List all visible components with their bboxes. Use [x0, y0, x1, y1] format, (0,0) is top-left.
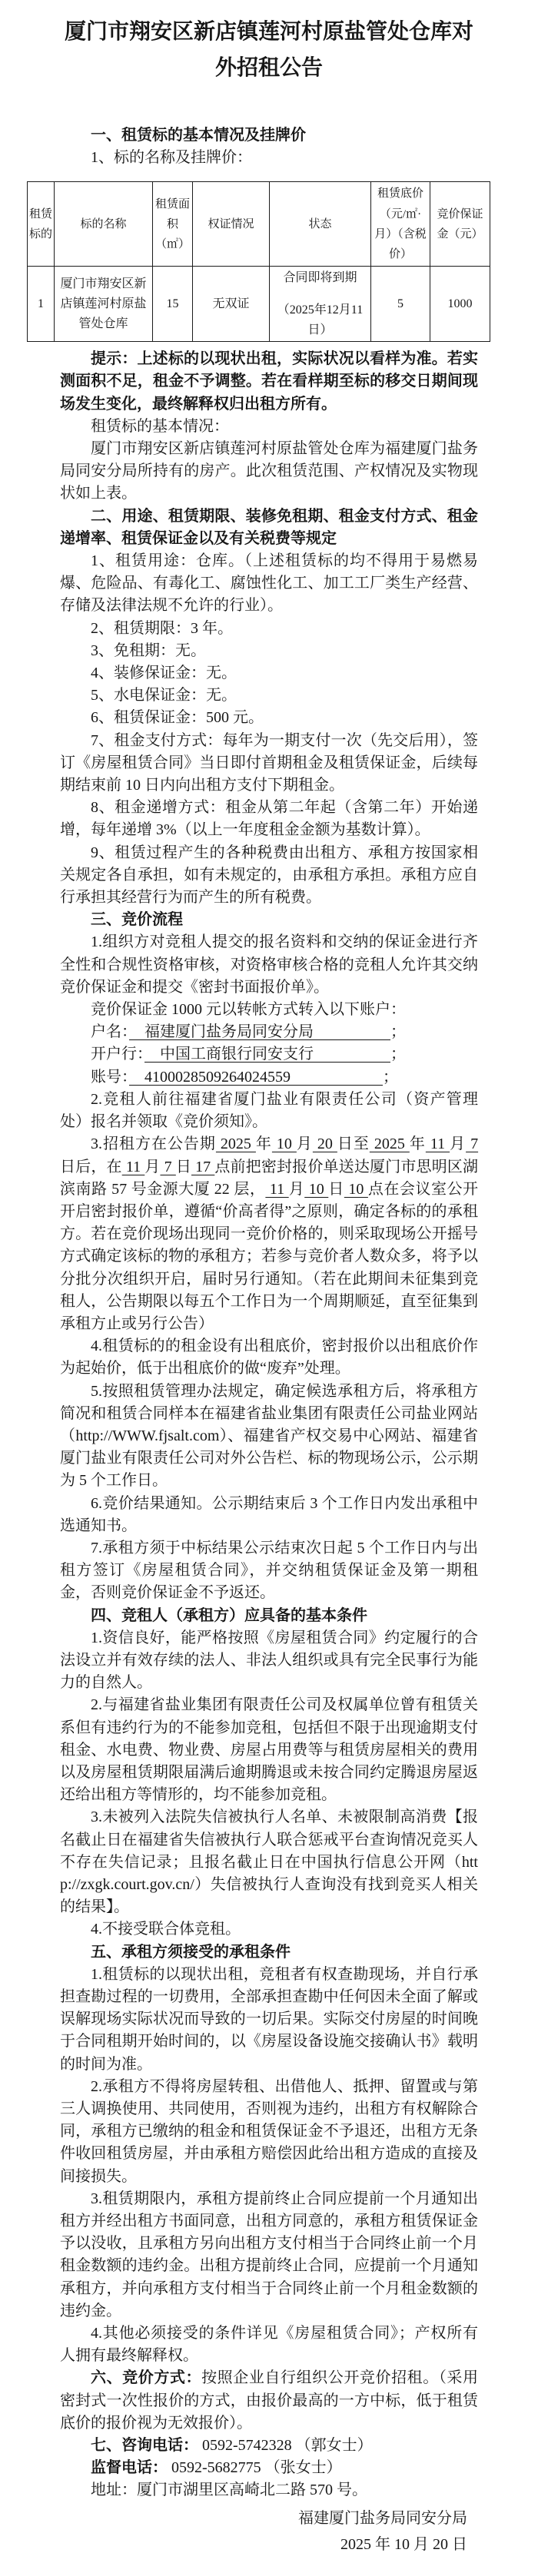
- paragraph: 7.承租方须于中标结果公示结束次日起 5 个工作日内与出租方签订《房屋租赁合同》…: [60, 1537, 478, 1605]
- paragraph: 租赁标的基本情况：: [60, 416, 478, 438]
- paragraph: 1.租赁标的以现状出租，竞租者有权查勘现场，并自行承担查勘过程的一切费用，全部承…: [60, 1964, 478, 2076]
- paragraph: 二、用途、租赁期限、装修免租期、租金支付方式、租金递增率、租赁保证金以及有关税费…: [60, 506, 478, 550]
- text: 4.其他必须接受的条件详见《房屋租赁合同》；产权所有人拥有最终解释权。: [60, 2325, 478, 2364]
- underlined-text: 2025: [216, 1135, 256, 1152]
- paragraph: 8、租金递增方式：租金从第二年起（含第二年）开始递增，每年递增 3%（以上一年度…: [60, 797, 478, 841]
- cell-name: 厦门市翔安区新店镇莲河村原盐管处仓库: [55, 267, 153, 342]
- table-row: 1 厦门市翔安区新店镇莲河村原盐管处仓库 15 无双证 合同即将到期 （2025…: [28, 267, 490, 342]
- paragraph: 1、租赁用途：仓库。（上述租赁标的均不得用于易燃易爆、危险品、有毒化工、腐蚀性化…: [60, 550, 478, 618]
- cell-base-price: 5: [371, 267, 430, 342]
- col-header-base-price: 租赁底价（元/㎡·月）（含税价）: [371, 182, 430, 267]
- paragraph: 4.租赁标的的租金设有出租底价，密封报价以出租底价作为起始价，低于出租底价的做“…: [60, 1335, 478, 1380]
- paragraph: 3、免租期：无。: [60, 640, 478, 662]
- text: 月: [289, 1181, 305, 1198]
- text: ；: [383, 1069, 398, 1086]
- col-header-status: 状态: [270, 182, 371, 267]
- paragraph: 7、租金支付方式：每年为一期支付一次（先交后用），签订《房屋租赁合同》当日即付首…: [60, 730, 478, 797]
- text: 3、免租期：无。: [91, 642, 206, 659]
- paragraph: 2.与福建省盐业集团有限责任公司及权属单位曾有租赁关系但有违约行为的不能参加竞租…: [60, 1694, 478, 1806]
- underlined-text: 17: [191, 1159, 214, 1175]
- signature-org: 福建厦门盐务局同安分局: [60, 2505, 478, 2531]
- bold-text: 二、用途、租赁期限、装修免租期、租金支付方式、租金递增率、租赁保证金以及有关税费…: [60, 508, 478, 547]
- underlined-text: 10: [304, 1181, 328, 1198]
- bold-text: 一、租赁标的基本情况及挂牌价: [91, 127, 306, 144]
- bold-text: 五、承租方须接受的承租条件: [91, 1944, 291, 1961]
- text: 租赁标的基本情况：: [91, 418, 229, 435]
- text: 年: [410, 1135, 426, 1152]
- text: 0592-5742328 （郭女士）: [198, 2437, 373, 2454]
- underlined-text: 20: [313, 1135, 337, 1152]
- bold-text: 四、竞租人（承租方）应具备的基本条件: [91, 1607, 367, 1624]
- paragraph: 4.不接受联合体竞租。: [60, 1918, 478, 1941]
- underlined-text: 4100028509264024559: [129, 1069, 383, 1086]
- text: 1.组织方对竞租人提交的报名资料和交纳的保证金进行齐全性和合规性资格审核，对资格…: [60, 933, 478, 995]
- text: 3.租赁期限内，承租方提前终止合同应提前一个月通知出租方并经出租方书面同意，出租…: [60, 2190, 478, 2319]
- paragraph: 账号： 4100028509264024559 ；: [60, 1066, 478, 1089]
- paragraph: 厦门市翔安区新店镇莲河村原盐管处仓库为福建厦门盐务局同安分局所持有的房产。此次租…: [60, 438, 478, 506]
- text: 日至: [337, 1135, 370, 1152]
- cell-cert: 无双证: [193, 267, 270, 342]
- underlined-text: 10: [272, 1135, 297, 1152]
- table-header-row: 租赁标的 标的名称 租赁面积（㎡） 权证情况 状态 租赁底价（元/㎡·月）（含税…: [28, 182, 490, 267]
- col-header-deposit: 竞价保证金（元）: [430, 182, 490, 267]
- paragraph: 地址：厦门市湖里区高崎北二路 570 号。: [60, 2479, 478, 2501]
- text: 3.招租方在公告期: [91, 1135, 216, 1152]
- text: 地址：厦门市湖里区高崎北二路 570 号。: [91, 2482, 367, 2498]
- text: 8、租金递增方式：租金从第二年起（含第二年）开始递增，每年递增 3%（以上一年度…: [60, 799, 478, 838]
- paragraph: 2.竞租人前往福建省厦门盐业有限责任公司（资产管理处）报名并领取《竞价须知》。: [60, 1089, 478, 1133]
- text: 户名：: [91, 1023, 129, 1040]
- text: 2025 年 10 月 20 日: [340, 2536, 467, 2553]
- paragraph: 七、咨询电话： 0592-5742328 （郭女士）: [60, 2435, 478, 2457]
- col-header-name: 标的名称: [55, 182, 153, 267]
- text: 福建厦门盐务局同安分局: [298, 2510, 467, 2527]
- bold-text: 三、竞价流程: [91, 911, 183, 928]
- text: 日后，在: [60, 1159, 122, 1175]
- text: 月: [450, 1135, 466, 1152]
- section-heading-one: 一、租赁标的基本情况及挂牌价: [60, 124, 478, 147]
- paragraph: 4、装修保证金：无。: [60, 662, 478, 685]
- paragraph: 六、竞价方式：按照企业自行组织公开竞价招租。（采用密封式一次性报价的方式，由报价…: [60, 2367, 478, 2435]
- paragraph: 开户行： 中国工商银行同安支行 ；: [60, 1043, 478, 1066]
- paragraph: 四、竞租人（承租方）应具备的基本条件: [60, 1605, 478, 1627]
- bold-text: 监督电话：: [91, 2459, 168, 2476]
- paragraph: 6.竞价结果通知。公示期结束后 3 个工作日内发出承租中选通知书。: [60, 1493, 478, 1537]
- document-title: 厦门市翔安区新店镇莲河村原盐管处仓库对外招租公告: [60, 14, 478, 86]
- text: 点在会议室公开开启密封报价单，遵循“价高者得”之原则，确定各标的的承租方。若在竞…: [60, 1181, 478, 1332]
- status-line-1: 合同即将到期: [271, 268, 369, 288]
- status-line-2: （2025年12月11日）: [271, 300, 369, 340]
- text: 3.未被列入法院失信被执行人名单、未被限制高消费【报名截止日在福建省失信被执行人…: [60, 1809, 478, 1915]
- text: 1.资信良好，能严格按照《房屋租赁合同》约定履行的合法设立并有效存续的法人、非法…: [60, 1629, 478, 1691]
- text: 2.与福建省盐业集团有限责任公司及权属单位曾有租赁关系但有违约行为的不能参加竞租…: [60, 1696, 478, 1803]
- text: 1、标的名称及挂牌价：: [91, 149, 252, 166]
- paragraph: 2、租赁期限：3 年。: [60, 618, 478, 640]
- paragraph: 1.组织方对竞租人提交的报名资料和交纳的保证金进行齐全性和合规性资格审核，对资格…: [60, 931, 478, 999]
- text: 开户行：: [91, 1046, 144, 1063]
- text: 月: [297, 1135, 313, 1152]
- underlined-text: 7: [160, 1159, 175, 1175]
- bold-text: 六、竞价方式：: [91, 2369, 201, 2386]
- paragraph: 9、租赁过程产生的各种税费由出租方、承租方按国家相关规定各自承担，如有未规定的，…: [60, 842, 478, 910]
- paragraph: 2.承租方不得将房屋转租、出借他人、抵押、留置或与第三人调换使用、共同使用，否则…: [60, 2076, 478, 2188]
- underlined-text: 2025: [370, 1135, 410, 1152]
- underlined-text: 福建厦门盐务局同安分局: [129, 1023, 390, 1040]
- document-body: 提示：上述标的以现状出租，实际状况以看样为准。若实测面积不足，租金不予调整。若在…: [60, 348, 478, 2558]
- item-heading-listing: 1、标的名称及挂牌价：: [60, 147, 478, 169]
- text: ；: [390, 1046, 406, 1063]
- paragraph: 1.资信良好，能严格按照《房屋租赁合同》约定履行的合法设立并有效存续的法人、非法…: [60, 1627, 478, 1695]
- text: 4.租赁标的的租金设有出租底价，密封报价以出租底价作为起始价，低于出租底价的做“…: [60, 1338, 478, 1377]
- cell-area: 15: [153, 267, 193, 342]
- col-header-lot: 租赁标的: [28, 182, 55, 267]
- text: 4、装修保证金：无。: [91, 665, 237, 681]
- paragraph: 户名： 福建厦门盐务局同安分局 ；: [60, 1021, 478, 1043]
- text: 6、租赁保证金：500 元。: [91, 709, 264, 726]
- paragraph: 4.其他必须接受的条件详见《房屋租赁合同》；产权所有人拥有最终解释权。: [60, 2322, 478, 2367]
- paragraph: 5、水电保证金：无。: [60, 685, 478, 707]
- paragraph: 5.按照租赁管理办法规定，确定候选承租方后，将承租方简况和租赁合同样本在福建省盐…: [60, 1381, 478, 1493]
- listing-table: 租赁标的 标的名称 租赁面积（㎡） 权证情况 状态 租赁底价（元/㎡·月）（含税…: [27, 181, 490, 342]
- text: 竞价保证金 1000 元以转帐方式转入以下账户：: [91, 1001, 406, 1018]
- paragraph: 6、租赁保证金：500 元。: [60, 707, 478, 729]
- paragraph: 3.租赁期限内，承租方提前终止合同应提前一个月通知出租方并经出租方书面同意，出租…: [60, 2188, 478, 2322]
- bold-text: 提示：上述标的以现状出租，实际状况以看样为准。若实测面积不足，租金不予调整。若在…: [60, 350, 478, 412]
- cell-lot-number: 1: [28, 267, 55, 342]
- text: 日: [176, 1159, 191, 1175]
- text: ；: [390, 1023, 406, 1040]
- text: 年: [256, 1135, 272, 1152]
- paragraph: 监督电话： 0592-5682775 （张女士）: [60, 2457, 478, 2479]
- paragraph: 3.未被列入法院失信被执行人名单、未被限制高消费【报名截止日在福建省失信被执行人…: [60, 1806, 478, 1918]
- text: 5、水电保证金：无。: [91, 687, 237, 704]
- text: 2、租赁期限：3 年。: [91, 620, 233, 637]
- underlined-text: 11: [265, 1181, 288, 1198]
- text: 5.按照租赁管理办法规定，确定候选承租方后，将承租方简况和租赁合同样本在福建省盐…: [60, 1383, 478, 1490]
- underlined-text: 10: [344, 1181, 368, 1198]
- cell-status: 合同即将到期 （2025年12月11日）: [270, 267, 371, 342]
- col-header-area: 租赁面积（㎡）: [153, 182, 193, 267]
- text: 账号：: [91, 1069, 129, 1086]
- text: 7、租金支付方式：每年为一期支付一次（先交后用），签订《房屋租赁合同》当日即付首…: [60, 732, 478, 794]
- text: 0592-5682775 （张女士）: [168, 2459, 342, 2476]
- announcement-document: 厦门市翔安区新店镇莲河村原盐管处仓库对外招租公告 一、租赁标的基本情况及挂牌价 …: [0, 0, 538, 2576]
- text: 2.承租方不得将房屋转租、出借他人、抵押、留置或与第三人调换使用、共同使用，否则…: [60, 2078, 478, 2185]
- underlined-text: 7: [466, 1135, 478, 1152]
- underlined-text: 11: [122, 1159, 145, 1175]
- paragraph: 三、竞价流程: [60, 909, 478, 931]
- underlined-text: 11: [426, 1135, 450, 1152]
- text: 4.不接受联合体竞租。: [91, 1921, 241, 1938]
- paragraph: 提示：上述标的以现状出租，实际状况以看样为准。若实测面积不足，租金不予调整。若在…: [60, 348, 478, 416]
- text: 月: [144, 1159, 160, 1175]
- col-header-cert: 权证情况: [193, 182, 270, 267]
- text: 1.租赁标的以现状出租，竞租者有权查勘现场，并自行承担查勘过程的一切费用，全部承…: [60, 1966, 478, 2073]
- bold-text: 七、咨询电话：: [91, 2437, 198, 2454]
- paragraph: 五、承租方须接受的承租条件: [60, 1941, 478, 1964]
- signature-date: 2025 年 10 月 20 日: [60, 2531, 478, 2558]
- text: 日: [328, 1181, 344, 1198]
- paragraph: 竞价保证金 1000 元以转帐方式转入以下账户：: [60, 999, 478, 1021]
- text: 7.承租方须于中标结果公示结束次日起 5 个工作日内与出租方签订《房屋租赁合同》…: [60, 1540, 478, 1601]
- underlined-text: 中国工商银行同安支行: [144, 1046, 390, 1063]
- text: 6.竞价结果通知。公示期结束后 3 个工作日内发出承租中选通知书。: [60, 1495, 478, 1534]
- text: 2.竞租人前往福建省厦门盐业有限责任公司（资产管理处）报名并领取《竞价须知》。: [60, 1091, 478, 1130]
- text: 9、租赁过程产生的各种税费由出租方、承租方按国家相关规定各自承担，如有未规定的，…: [60, 844, 478, 906]
- paragraph: 3.招租方在公告期 2025 年 10 月 20 日至 2025 年 11 月 …: [60, 1133, 478, 1335]
- cell-deposit: 1000: [430, 267, 490, 342]
- text: 厦门市翔安区新店镇莲河村原盐管处仓库为福建厦门盐务局同安分局所持有的房产。此次租…: [60, 440, 478, 502]
- document-intro: 一、租赁标的基本情况及挂牌价 1、标的名称及挂牌价：: [60, 124, 478, 169]
- text: 1、租赁用途：仓库。（上述租赁标的均不得用于易燃易爆、危险品、有毒化工、腐蚀性化…: [60, 552, 478, 614]
